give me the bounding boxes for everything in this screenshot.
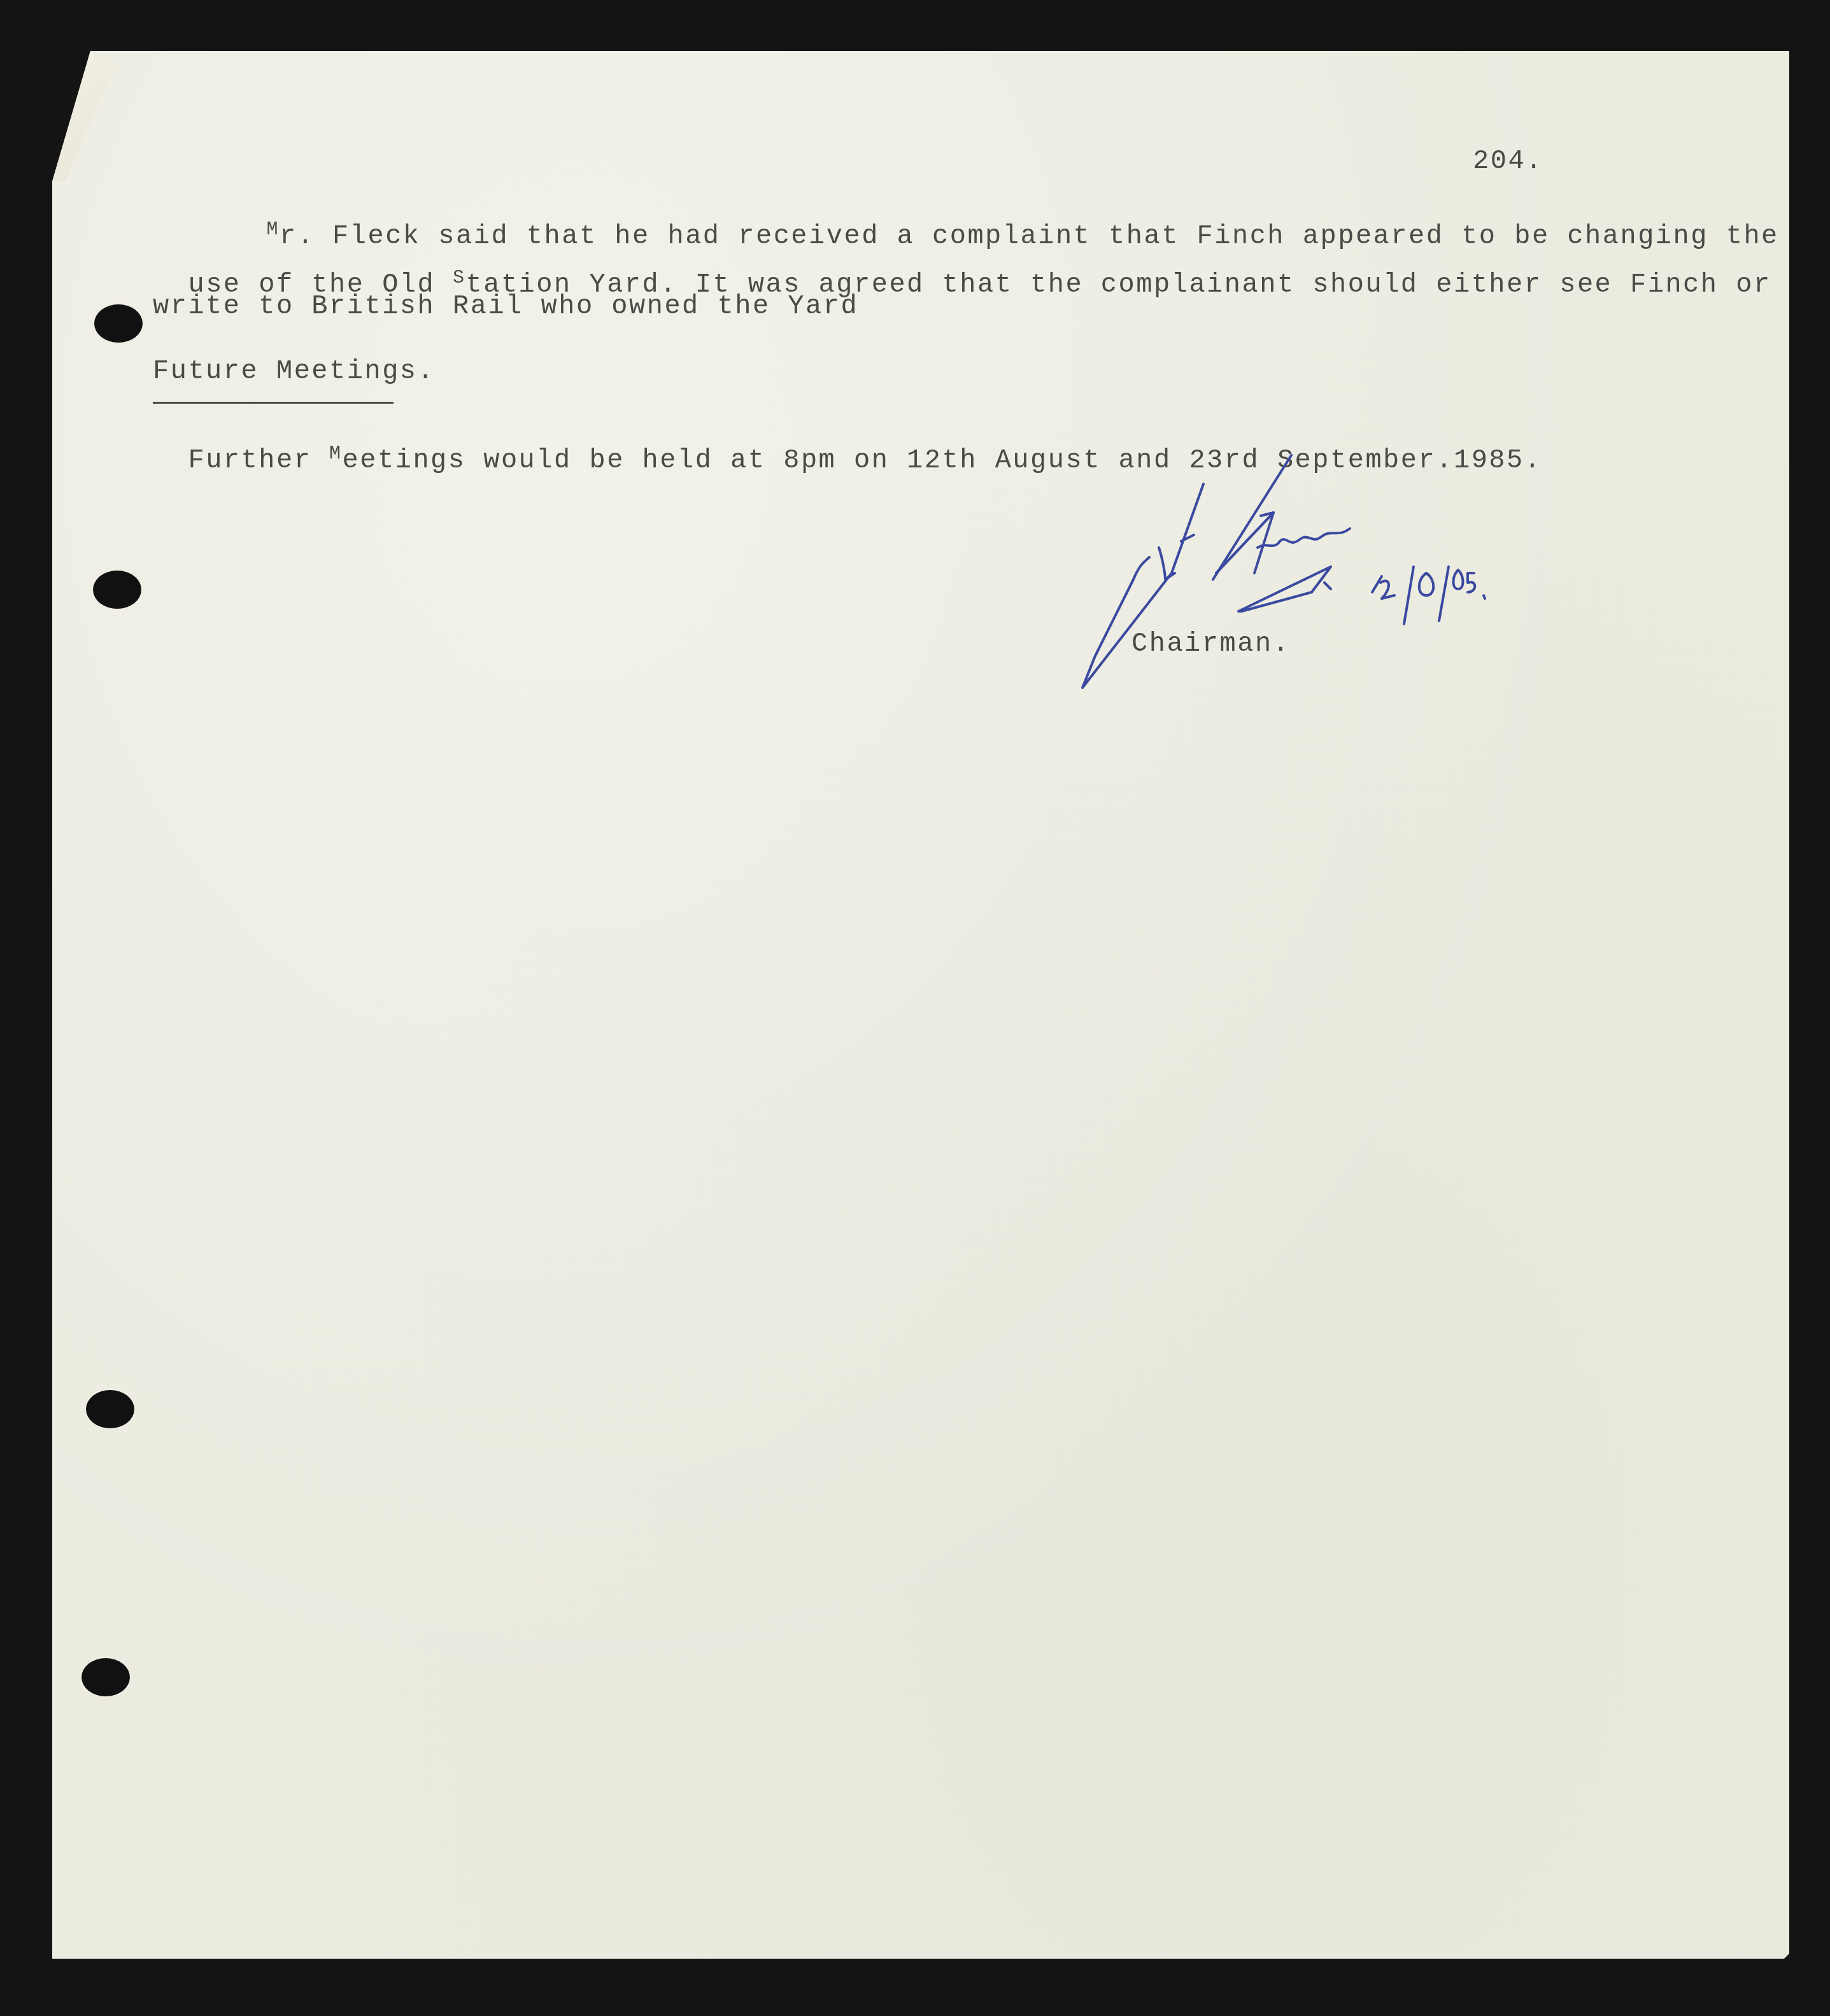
heading-underline	[153, 402, 394, 404]
superscript-m: M	[329, 443, 343, 465]
punch-hole-4	[82, 1658, 130, 1696]
punch-hole-1	[94, 304, 143, 343]
chairman-signature	[1070, 446, 1643, 700]
line-text-a: Further	[188, 445, 329, 476]
paragraph-1-line-1: Mr. Fleck said that he had received a co…	[231, 196, 1779, 250]
punch-hole-3	[86, 1390, 134, 1428]
section-heading: Future Meetings.	[153, 358, 435, 385]
paragraph-1-line-3: write to British Rail who owned the Yard	[153, 293, 858, 320]
punch-hole-2	[93, 571, 141, 609]
signature-title: Chairman.	[1131, 630, 1290, 657]
page-number: 204.	[1473, 148, 1543, 174]
paragraph-1-line-2: use of the Old Station Yard. It was agre…	[153, 245, 1771, 298]
document-page	[52, 51, 1789, 1959]
superscript-s: S	[453, 267, 466, 289]
superscript-m: M	[266, 219, 280, 241]
